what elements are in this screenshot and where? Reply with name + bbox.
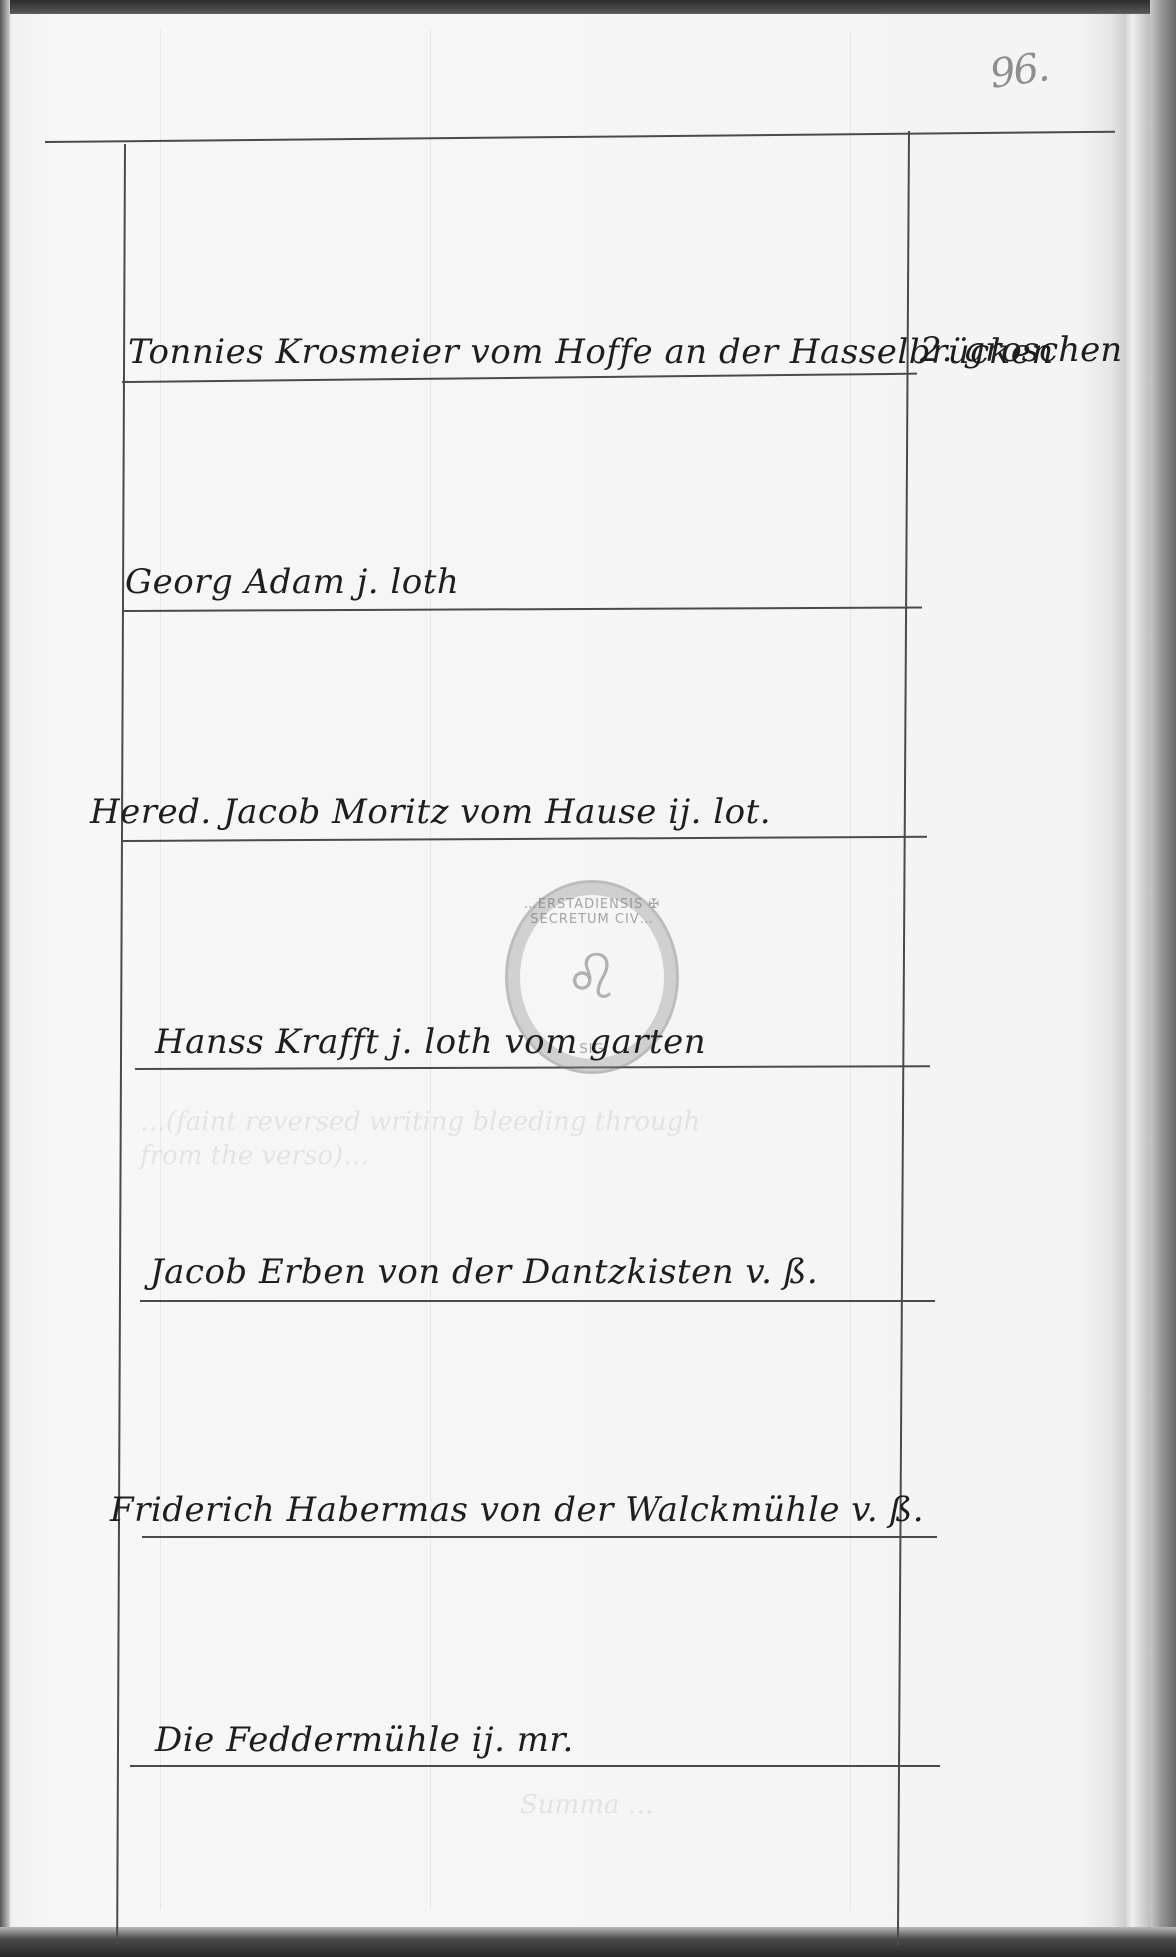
lion-emblem-icon: ♌	[564, 946, 620, 1008]
paper-chain-line	[430, 30, 431, 1910]
ledger-entry-3: Hered. Jacob Moritz vom Hause ij. lot.	[90, 792, 771, 832]
ledger-entry-2: Georg Adam j. loth	[125, 562, 459, 602]
paper-chain-line	[850, 30, 851, 1910]
bleed-through-text: …(faint reversed writing bleeding throug…	[140, 1105, 740, 1215]
ledger-entry-4: Hanss Krafft j. loth vom garten	[155, 1022, 706, 1062]
folio-number: 96.	[987, 44, 1050, 98]
seal-legend-top: …ERSTADIENSIS ✠ SECRETUM CIV…	[508, 897, 676, 927]
entry-underline	[142, 1536, 937, 1538]
ledger-entry-1: Tonnies Krosmeier vom Hoffe an der Hasse…	[128, 332, 1054, 372]
ledger-entry-7: Die Feddermühle ij. mr.	[155, 1720, 574, 1760]
ledger-entry-5: Jacob Erben von der Dantzkisten v. ß.	[150, 1252, 818, 1292]
entry-underline	[140, 1300, 935, 1302]
entry-underline	[130, 1765, 940, 1767]
book-bottom-edge	[0, 1927, 1176, 1957]
ledger-entry-1-amount: 2. groschen	[920, 330, 1122, 370]
book-fore-edge	[1150, 0, 1176, 1957]
book-left-edge	[0, 0, 10, 1957]
ledger-entry-6: Friderich Habermas von der Walckmühle v.…	[110, 1490, 924, 1530]
paper-chain-line	[160, 30, 161, 1910]
bleed-through-text-bottom: Summa …	[520, 1790, 654, 1820]
